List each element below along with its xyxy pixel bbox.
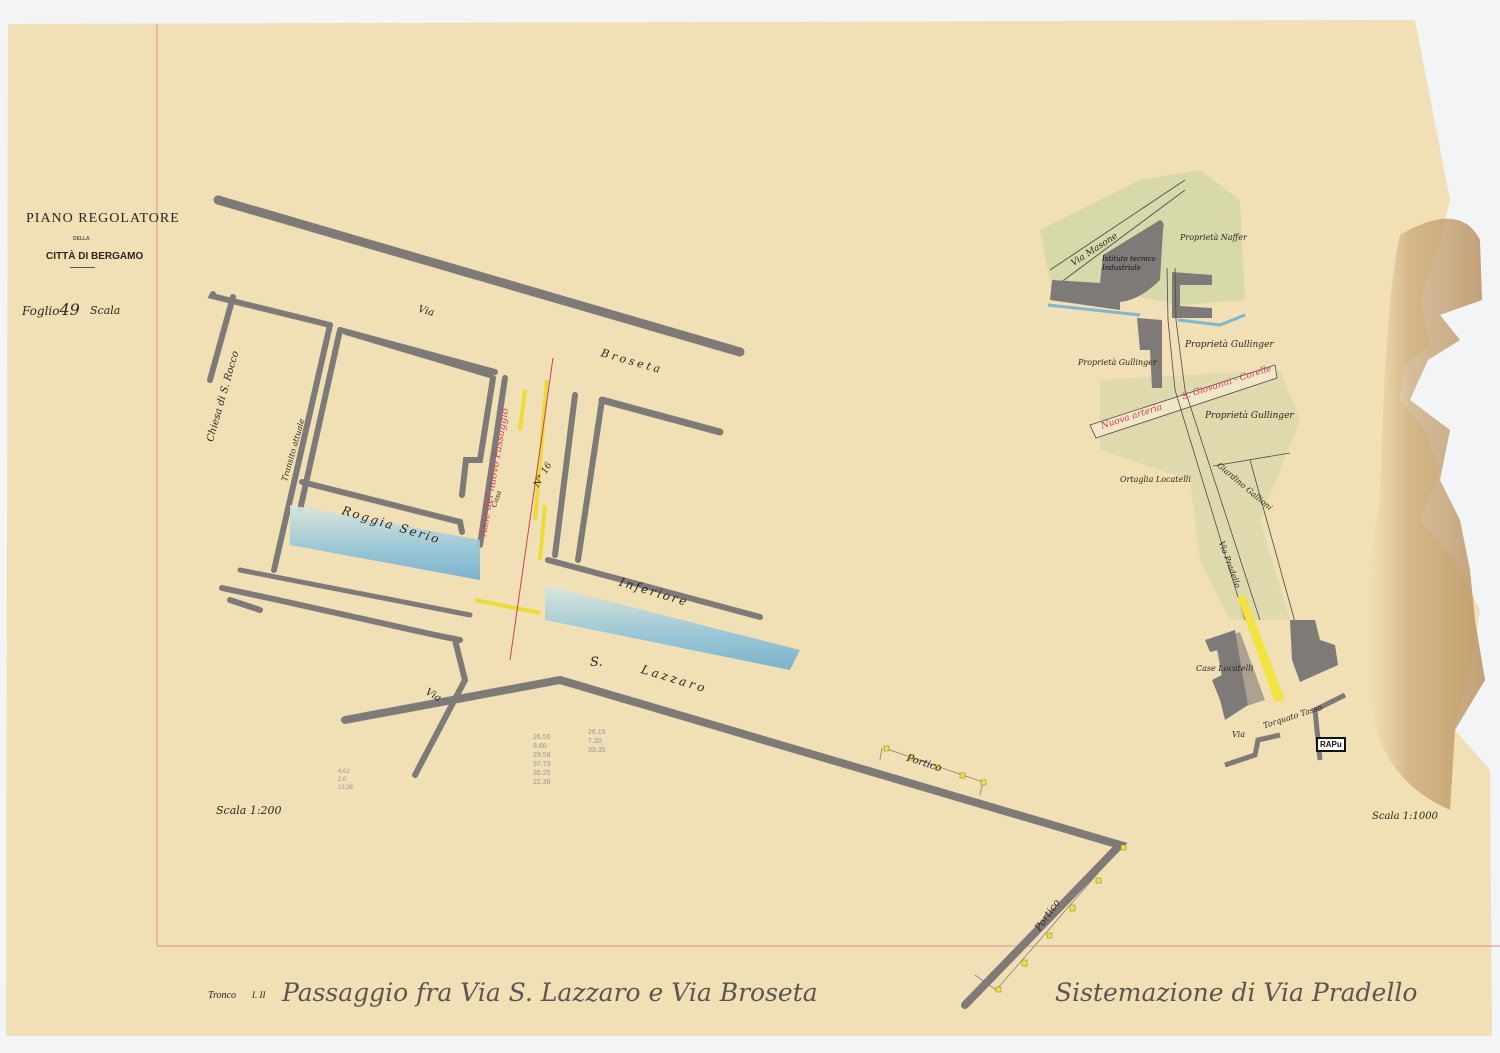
cartouche-della: DELLA (73, 236, 90, 242)
rapu-stamp: RAPu (1316, 737, 1346, 752)
foglio-number: 49 (59, 300, 79, 319)
cartouche-title: PIANO REGOLATORE (26, 211, 180, 227)
right-caption: Sistemazione di Via Pradello (1055, 978, 1417, 1007)
tronco-number: I. II (252, 990, 266, 1000)
right-plan-scale: Scala 1:1000 (1372, 811, 1438, 822)
map-sheet (0, 0, 1500, 1053)
pencil-calc-1: 26.55 8.60 29.58 37.73 35.25 22.38 (533, 733, 551, 787)
label-s: S. (590, 655, 603, 670)
label-gullinger-1: Proprietà Gullinger (1185, 340, 1274, 350)
cartouche-city: CITTÀ DI BERGAMO (46, 251, 143, 262)
tronco-label: Tronco (208, 990, 236, 1001)
label-via-torquato: Via (1232, 730, 1245, 739)
cartouche-ornament (70, 267, 95, 268)
pencil-calc-3: 4.62 2.0 22.38 (338, 768, 353, 792)
label-istituto: Istituto tecnico Industriale (1102, 255, 1162, 273)
label-proprieta-naffer: Proprietà Naffer (1180, 233, 1247, 242)
left-caption: Passaggio fra Via S. Lazzaro e Via Brose… (282, 978, 818, 1007)
left-plan-scale: Scala 1:200 (216, 804, 282, 817)
label-gullinger-3: Proprietà Gullinger (1205, 411, 1294, 421)
label-ortaglia: Ortaglia Locatelli (1120, 475, 1191, 484)
label-case-locatelli: Case Locatelli (1196, 664, 1253, 673)
label-gullinger-2: Proprietà Gullinger (1078, 358, 1157, 367)
pencil-calc-2: 26.15 7.20 33.35 (588, 728, 606, 755)
scala-label: Scala (90, 304, 120, 317)
foglio-label: Foglio49 (22, 300, 80, 319)
